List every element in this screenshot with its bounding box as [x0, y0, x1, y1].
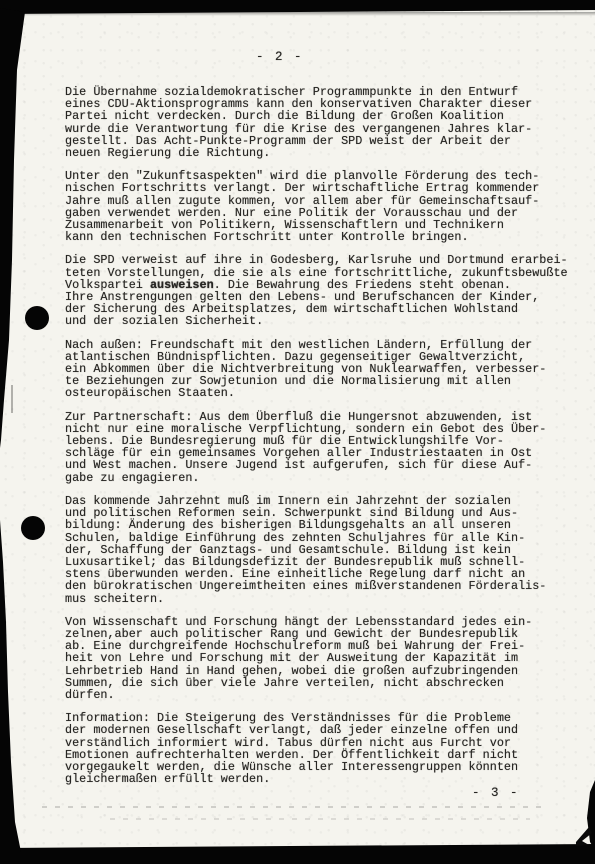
text-line: den bürokratischen Ungereimtheiten eines… — [65, 580, 589, 592]
text-line: mus scheitern. — [65, 593, 589, 605]
text-line: und der sozialen Sicherheit. — [65, 315, 589, 327]
text-line: teten Vorstellungen, die sie als eine fo… — [65, 267, 589, 279]
page-number-header: - 2 - — [256, 50, 304, 64]
text-line: heit von Lehre und Forschung mit der Aus… — [65, 652, 589, 664]
paragraph: Information: Die Steigerung des Verständ… — [65, 712, 589, 785]
text-line: der modernen Gesellschaft verlangt, daß … — [65, 724, 589, 736]
text-line: wurde die Verantwortung für die Krise de… — [65, 123, 589, 135]
page-number-footer: - 3 - — [472, 786, 520, 800]
paragraph: Das kommende Jahrzehnt muß im Innern ein… — [65, 495, 589, 605]
scan-noise-line — [42, 806, 542, 808]
paragraph: Die Übernahme sozialdemokratischer Progr… — [65, 86, 589, 159]
text-line: Lehrbetrieb Hand in Hand gehen, wobei di… — [65, 665, 589, 677]
text-line: bildung: Änderung des bisherigen Bildung… — [65, 519, 589, 531]
text-line: Jahre muß allen zugute kommen, vor allem… — [65, 195, 589, 207]
text-line: gleichermaßen erfüllt werden. — [65, 773, 589, 785]
paragraph: Unter den "Zukunftsaspekten" wird die pl… — [65, 170, 589, 243]
paragraph: Die SPD verweist auf ihre in Godesberg, … — [65, 254, 589, 327]
document-body: Die Übernahme sozialdemokratischer Progr… — [65, 86, 589, 796]
text-line: neuen Regierung die Richtung. — [65, 147, 589, 159]
paragraph: Zur Partnerschaft: Aus dem Überfluß die … — [65, 411, 589, 484]
text-line: dürfen. — [65, 689, 589, 701]
text-line: Schulen, baldige Einführung des zehnten … — [65, 532, 589, 544]
text-line: nischen Fortschritts verlangt. Der wirts… — [65, 182, 589, 194]
text-line: kann den technischen Fortschritt unter K… — [65, 231, 589, 243]
text-line: Summen, die sich über viele Jahre vertei… — [65, 677, 589, 689]
paragraph: Nach außen: Freundschaft mit den westlic… — [65, 339, 589, 400]
text-line: verständlich informiert wird. Tabus dürf… — [65, 737, 589, 749]
scan-smudge — [0, 12, 595, 16]
text-line: osteuropäischen Staaten. — [65, 387, 589, 399]
scan-noise-line — [110, 818, 530, 820]
text-line: Partei nicht verdecken. Durch die Bildun… — [65, 110, 589, 122]
text-line: gabe zu engagieren. — [65, 472, 589, 484]
paragraph: Von Wissenschaft und Forschung hängt der… — [65, 616, 589, 701]
text-line: Die SPD verweist auf ihre in Godesberg, … — [65, 254, 589, 266]
scanned-document-page: - 2 - Die Übernahme sozialdemokratischer… — [0, 0, 595, 864]
text-line: und West machen. Unsere Jugend ist aufge… — [65, 459, 589, 471]
